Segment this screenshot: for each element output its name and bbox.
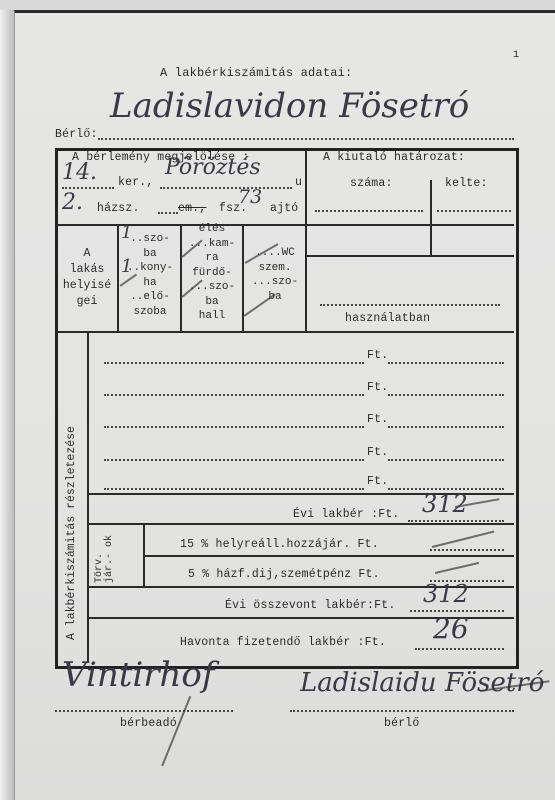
- door-label: ajtó: [270, 202, 298, 215]
- house-label: házsz.: [97, 202, 140, 215]
- door-value[interactable]: 73: [238, 186, 262, 208]
- landlord-signature-line: [55, 710, 233, 712]
- ft-line-value-field[interactable]: [388, 426, 504, 428]
- in-use-label: használatban: [345, 312, 430, 325]
- ft-label: Ft.: [367, 413, 388, 426]
- divider-h-5: [144, 555, 514, 557]
- rooms-col-utility: élés ...kam- ra fürdő- ...szo- ba hall: [182, 222, 242, 324]
- ft-line-amount-field[interactable]: [104, 362, 364, 364]
- surcharge-15-field[interactable]: [430, 549, 504, 551]
- tenant-label: Bérlő:: [55, 128, 98, 141]
- divider-h-kiutalo: [307, 255, 514, 257]
- house-number-value[interactable]: 2.: [62, 190, 83, 215]
- ft-label: Ft.: [367, 475, 388, 488]
- landlord-label: bérbeadó: [120, 717, 177, 730]
- calculation-side-label: A lakbérkiszámitás részletezése: [65, 426, 78, 640]
- surcharge-15-label: 15 % helyreáll.hozzájár. Ft.: [180, 538, 379, 551]
- floor-dots: [158, 212, 178, 214]
- legal-label: Törv. jár.- ok: [95, 525, 115, 583]
- surcharge-5-label: 5 % házf.dij,szemétpénz Ft.: [188, 568, 380, 581]
- allocation-number-label: száma:: [350, 177, 393, 190]
- divider-v-main: [305, 150, 307, 332]
- ft-line-value-field[interactable]: [388, 459, 504, 461]
- monthly-rent-field[interactable]: [415, 648, 504, 650]
- street-value[interactable]: Pöröztés: [165, 155, 261, 180]
- rooms-col-other: ....WC szem. ...szo- ba: [244, 246, 306, 304]
- ft-line-value-field[interactable]: [388, 394, 504, 396]
- street-dots: [160, 187, 292, 189]
- floor-label: em.,: [178, 202, 206, 215]
- ft-line-amount-field[interactable]: [104, 488, 364, 490]
- allocation-number-field[interactable]: [315, 210, 423, 212]
- divider-v-kiutalo: [430, 180, 432, 256]
- rooms-group-label: A lakás helyisé gei: [57, 246, 117, 310]
- ft-line-value-field[interactable]: [388, 362, 504, 364]
- street-suffix: u: [295, 176, 302, 189]
- ft-label: Ft.: [367, 446, 388, 459]
- page-number: 1: [513, 50, 519, 61]
- page-title: A lakbérkiszámitás adatai:: [160, 66, 352, 80]
- monthly-rent-label: Havonta fizetendő lakbér :Ft.: [180, 636, 386, 649]
- district-label: ker.,: [118, 176, 154, 189]
- tenant-signature-label: bérlő: [384, 717, 420, 730]
- allocation-date-field[interactable]: [437, 210, 511, 212]
- tenant-signature-line: [290, 710, 514, 712]
- in-use-field[interactable]: [320, 304, 500, 306]
- room-count-konyha[interactable]: 1: [121, 256, 132, 277]
- divider-h-15: [89, 523, 514, 525]
- combined-rent-label: Évi összevont lakbér:Ft.: [225, 599, 395, 612]
- annual-rent-label: Évi lakbér :Ft.: [293, 508, 400, 521]
- monthly-rent-value[interactable]: 26: [433, 612, 469, 645]
- landlord-signature[interactable]: Vintirhof: [62, 655, 214, 695]
- annual-rent-field[interactable]: [408, 520, 504, 522]
- ft-line-amount-field[interactable]: [104, 394, 364, 396]
- ft-line-amount-field[interactable]: [104, 426, 364, 428]
- allocation-date-label: kelte:: [445, 177, 488, 190]
- tenant-name-handwritten[interactable]: Ladislavidon Fösetró: [110, 86, 469, 126]
- ft-line-amount-field[interactable]: [104, 459, 364, 461]
- district-value[interactable]: 14.: [62, 160, 97, 185]
- tenant-dotted-line: [98, 138, 514, 140]
- ft-label: Ft.: [367, 349, 388, 362]
- divider-side-label: [87, 333, 89, 663]
- allocation-header: A kiutaló határozat:: [323, 151, 465, 164]
- combined-rent-value[interactable]: 312: [423, 580, 469, 608]
- district-dots: [62, 187, 114, 189]
- booklet-spine: [0, 10, 14, 800]
- divider-h-rooms: [57, 331, 514, 333]
- ft-label: Ft.: [367, 381, 388, 394]
- tenant-signature[interactable]: Ladislaidu Fösetró: [300, 668, 544, 698]
- room-count-szoba[interactable]: 1: [121, 222, 132, 243]
